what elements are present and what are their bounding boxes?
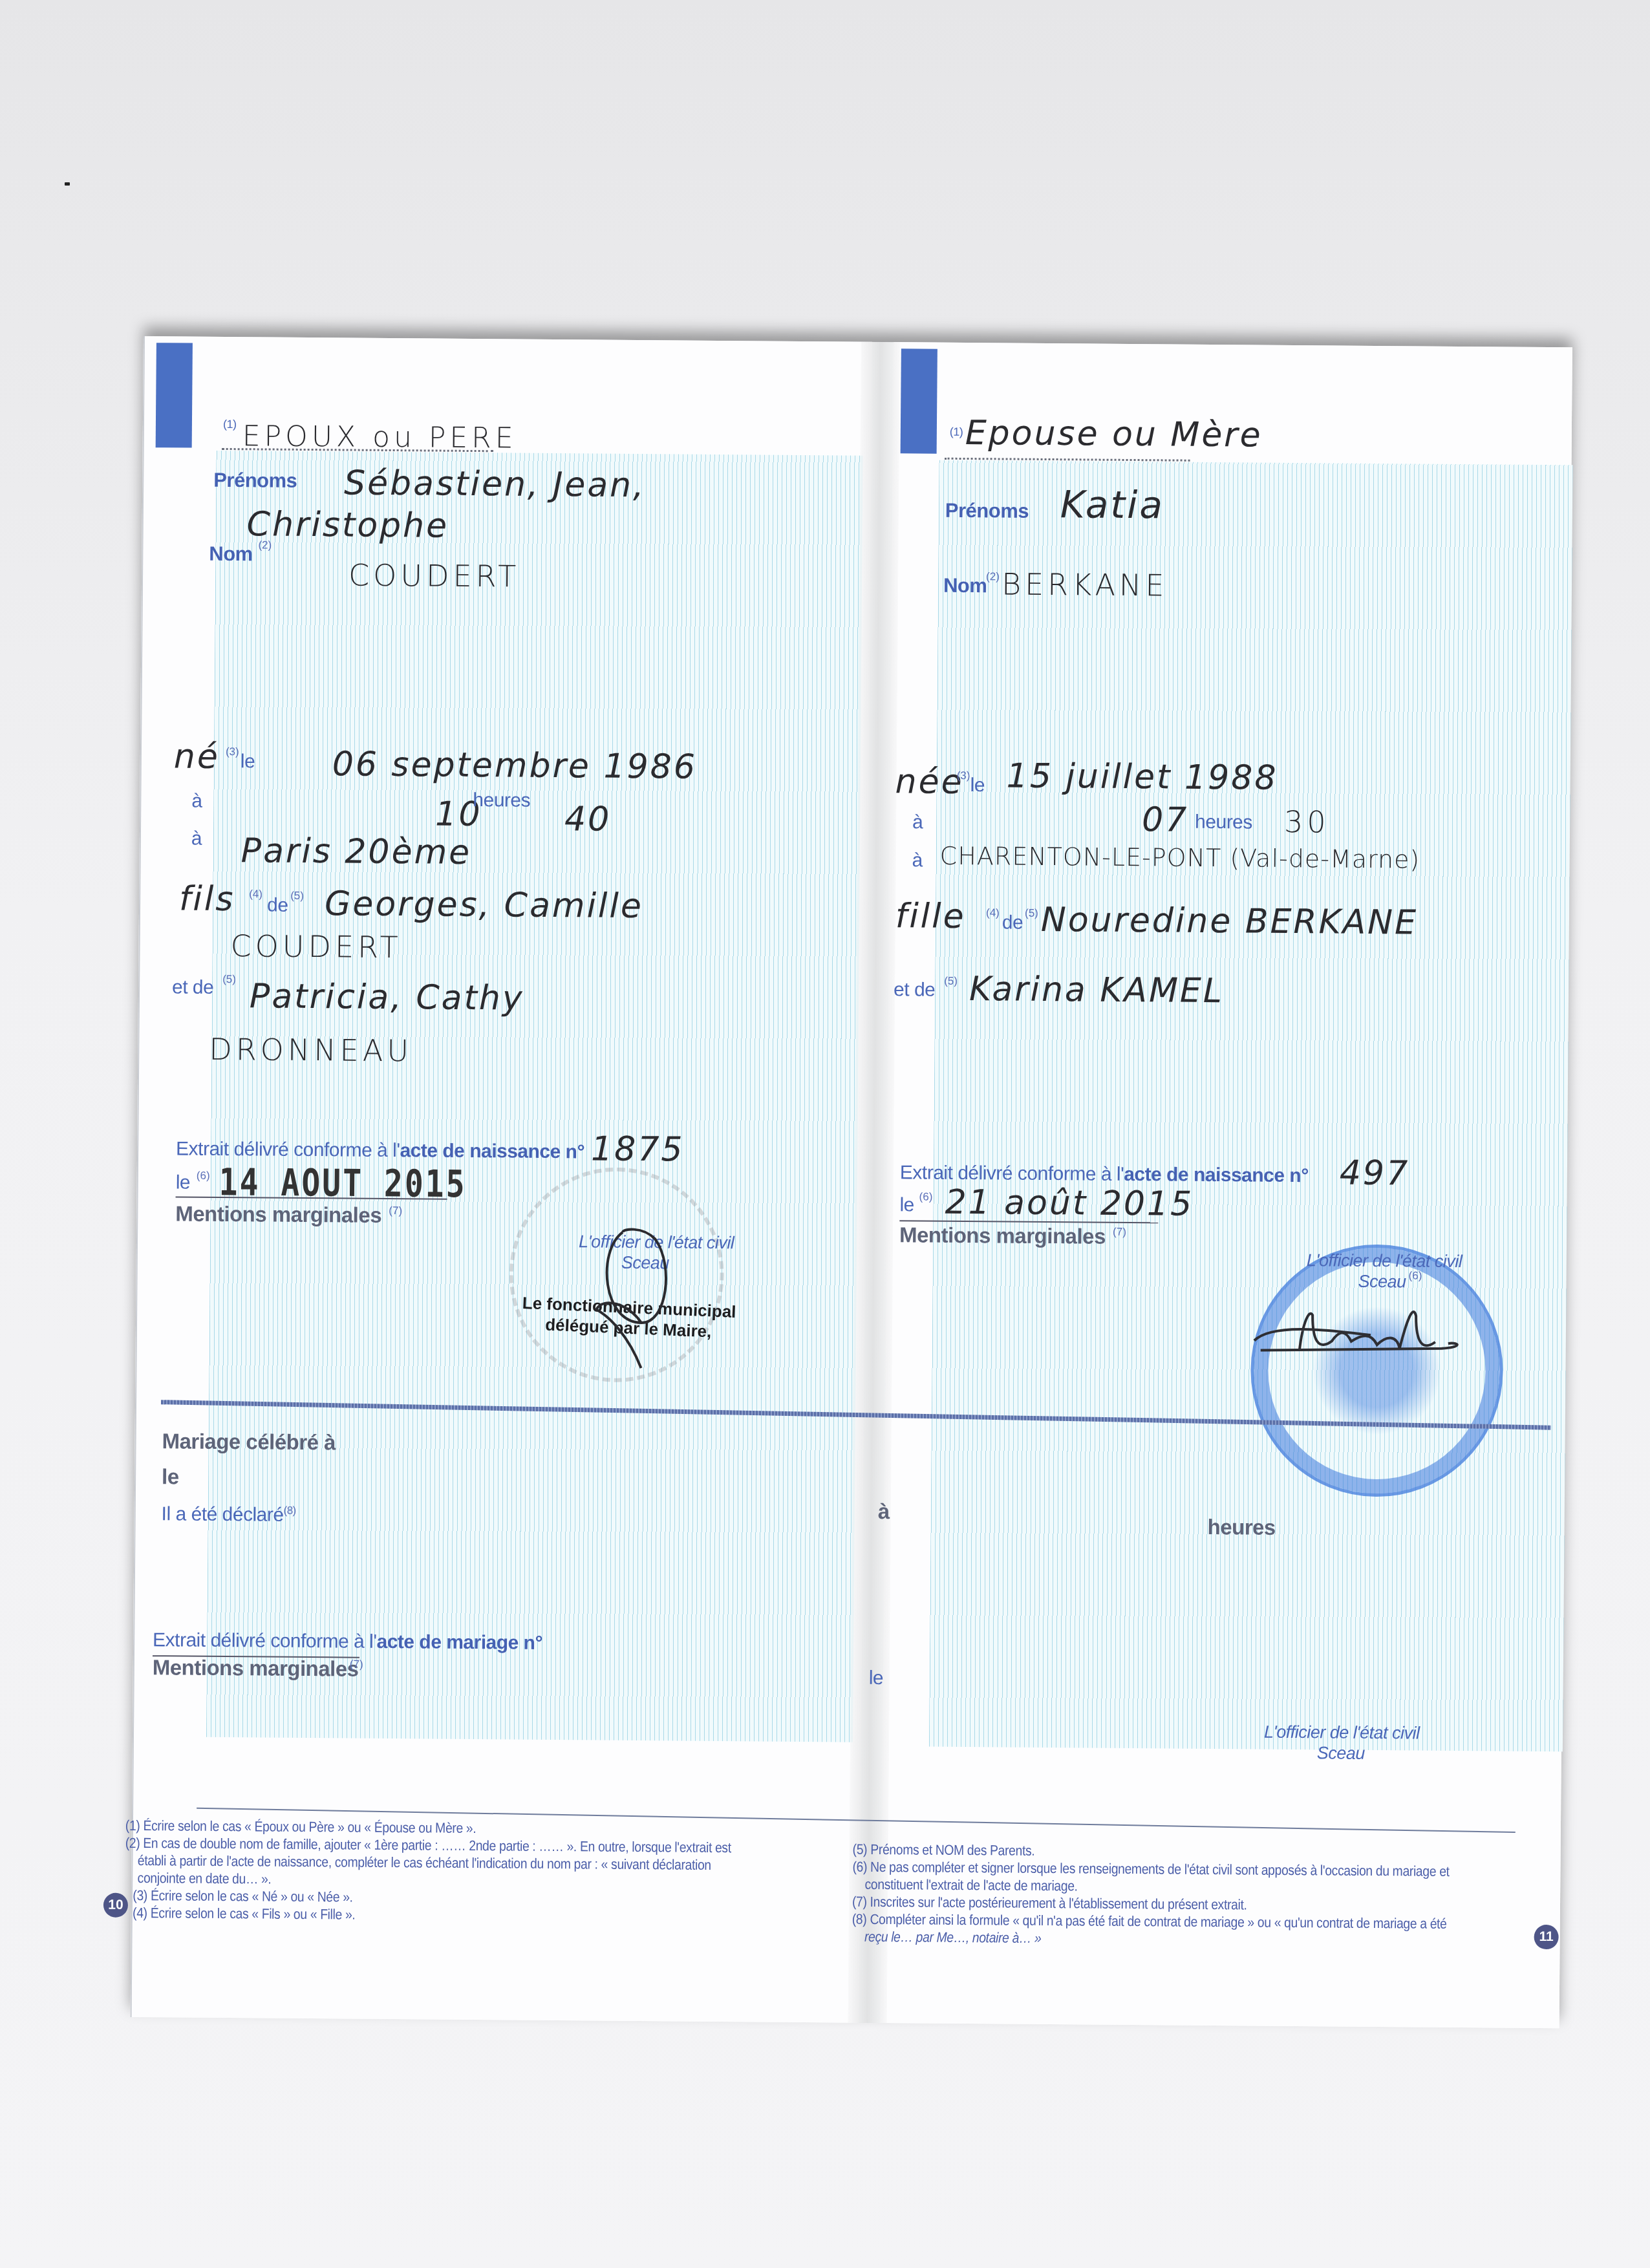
left-guilloche-area xyxy=(206,451,863,1742)
mariage-celebre-label: Mariage célébré à xyxy=(162,1429,336,1455)
heures-label-right: heures xyxy=(1195,811,1252,834)
left-header-note: (1) xyxy=(223,418,237,431)
right-signature xyxy=(1247,1295,1494,1375)
de-label: de xyxy=(267,895,288,917)
et-de-note: (5) xyxy=(222,973,236,986)
nom-note: (2) xyxy=(258,539,272,551)
et-de-note-right: (5) xyxy=(944,975,958,988)
mentions-label: Mentions marginales xyxy=(175,1201,381,1228)
prenoms-value-line1: Sébastien, Jean, xyxy=(344,464,646,505)
extract-label: Extrait délivré conforme à l'acte de nai… xyxy=(176,1138,584,1163)
father-line2: COUDERT xyxy=(230,928,402,965)
left-signature xyxy=(583,1225,707,1381)
right-blue-tab xyxy=(901,348,937,453)
de-label-right: de xyxy=(1002,912,1023,934)
heures-label: heures xyxy=(473,789,530,812)
extract-le-note: (6) xyxy=(197,1170,210,1182)
right-header-note: (1) xyxy=(950,425,963,439)
mother-line1: Patricia, Cathy xyxy=(250,977,524,1018)
footnotes-left: (1) Écrire selon le cas « Époux ou Père … xyxy=(125,1817,831,1927)
mother-right: Karina KAMEL xyxy=(969,970,1224,1011)
livret-de-famille-spread: (1) EPOUX ou PERE Prénoms Sébastien, Jea… xyxy=(131,336,1572,2028)
mariage-heures-label: heures xyxy=(1207,1515,1276,1540)
nee-value: née xyxy=(895,762,963,802)
right-guilloche-area xyxy=(929,460,1573,1752)
de-note-right: (5) xyxy=(1025,907,1038,920)
filiation-value: fils xyxy=(179,879,235,919)
nom-label-right: Nom xyxy=(943,574,987,598)
mariage-officer-line2: Sceau xyxy=(1317,1743,1365,1764)
extract-date-right: 21 août 2015 xyxy=(945,1183,1194,1224)
a2-label-right: à xyxy=(912,850,923,872)
footnotes-right: (5) Prénoms et NOM des Parents. (6) Ne p… xyxy=(852,1841,1478,1951)
extract-le-note-right: (6) xyxy=(919,1190,933,1203)
nom-value-right: BERKANE xyxy=(1002,566,1168,603)
prenoms-value-line2: Christophe xyxy=(246,505,449,545)
filiation-note-right: (4) xyxy=(986,906,1000,919)
birth-date-right: 15 juillet 1988 xyxy=(1006,757,1278,798)
prenoms-label: Prénoms xyxy=(213,469,297,493)
minute-value-right: 30 xyxy=(1284,804,1330,840)
birth-act-number-right: 497 xyxy=(1340,1154,1410,1193)
a-label-right: à xyxy=(912,811,923,833)
page-number-11: 11 xyxy=(1534,1925,1558,1949)
ne-value: né xyxy=(174,737,220,776)
de-note: (5) xyxy=(290,890,304,903)
mentions-note-right: (7) xyxy=(1113,1226,1126,1239)
filiation-note: (4) xyxy=(249,888,262,901)
filiation-value-right: fille xyxy=(895,897,966,936)
a-label: à xyxy=(191,791,202,813)
mother-line2: DRONNEAU xyxy=(209,1032,412,1068)
officer-line1-right: L'officier de l'état civil xyxy=(1307,1250,1462,1272)
left-blue-tab xyxy=(156,343,193,447)
right-page: (1) Epouse ou Mère Prénoms Katia Nom (2)… xyxy=(881,342,1572,2028)
le-label-right: le xyxy=(970,775,985,797)
birth-act-number: 1875 xyxy=(591,1129,685,1169)
mariage-le2-label: le xyxy=(869,1667,884,1689)
prenoms-value-right: Katia xyxy=(1060,482,1164,527)
mariage-le-label: le xyxy=(162,1464,179,1489)
et-de-label: et de xyxy=(172,976,213,999)
father-line1: Georges, Camille xyxy=(325,884,643,926)
nom-note-right: (2) xyxy=(986,570,1000,583)
mariage-mentions-label: Mentions marginales xyxy=(153,1655,359,1682)
birth-place-right: CHARENTON-LE-PONT (Val-de-Marne) xyxy=(940,842,1420,874)
mentions-label-right: Mentions marginales xyxy=(899,1223,1106,1249)
hour-value-right: 07 xyxy=(1142,800,1189,840)
mariage-officer-line1: L'officier de l'état civil xyxy=(1264,1722,1420,1744)
le-label: le xyxy=(241,751,255,773)
mariage-a-label: à xyxy=(878,1499,890,1524)
birth-date: 06 septembre 1986 xyxy=(332,745,698,786)
mariage-extract-label: Extrait délivré conforme à l'acte de mar… xyxy=(153,1629,542,1654)
left-page: (1) EPOUX ou PERE Prénoms Sébastien, Jea… xyxy=(131,336,872,2023)
extract-le-label: le xyxy=(176,1171,191,1193)
minute-value: 40 xyxy=(564,800,612,839)
declare-label: Il a été déclaré(8) xyxy=(162,1503,296,1526)
et-de-label-right: et de xyxy=(894,979,935,1001)
ne-note: (3) xyxy=(226,745,239,758)
father-right: Nouredine BERKANE xyxy=(1041,901,1419,943)
nom-label: Nom xyxy=(209,542,253,566)
a2-label: à xyxy=(191,828,202,850)
mariage-mentions-note: (7) xyxy=(350,1658,363,1671)
birth-place: Paris 20ème xyxy=(241,831,472,872)
extract-le-label-right: le xyxy=(899,1194,914,1216)
prenoms-label-right: Prénoms xyxy=(945,499,1029,523)
scan-speck xyxy=(65,182,70,186)
right-header-value: Epouse ou Mère xyxy=(965,414,1263,455)
nee-note: (3) xyxy=(957,769,970,782)
nom-value: COUDERT xyxy=(348,558,520,594)
officer-note-right: (6) xyxy=(1409,1269,1422,1282)
officer-line2-right: Sceau xyxy=(1358,1272,1406,1292)
mentions-note: (7) xyxy=(389,1204,402,1217)
